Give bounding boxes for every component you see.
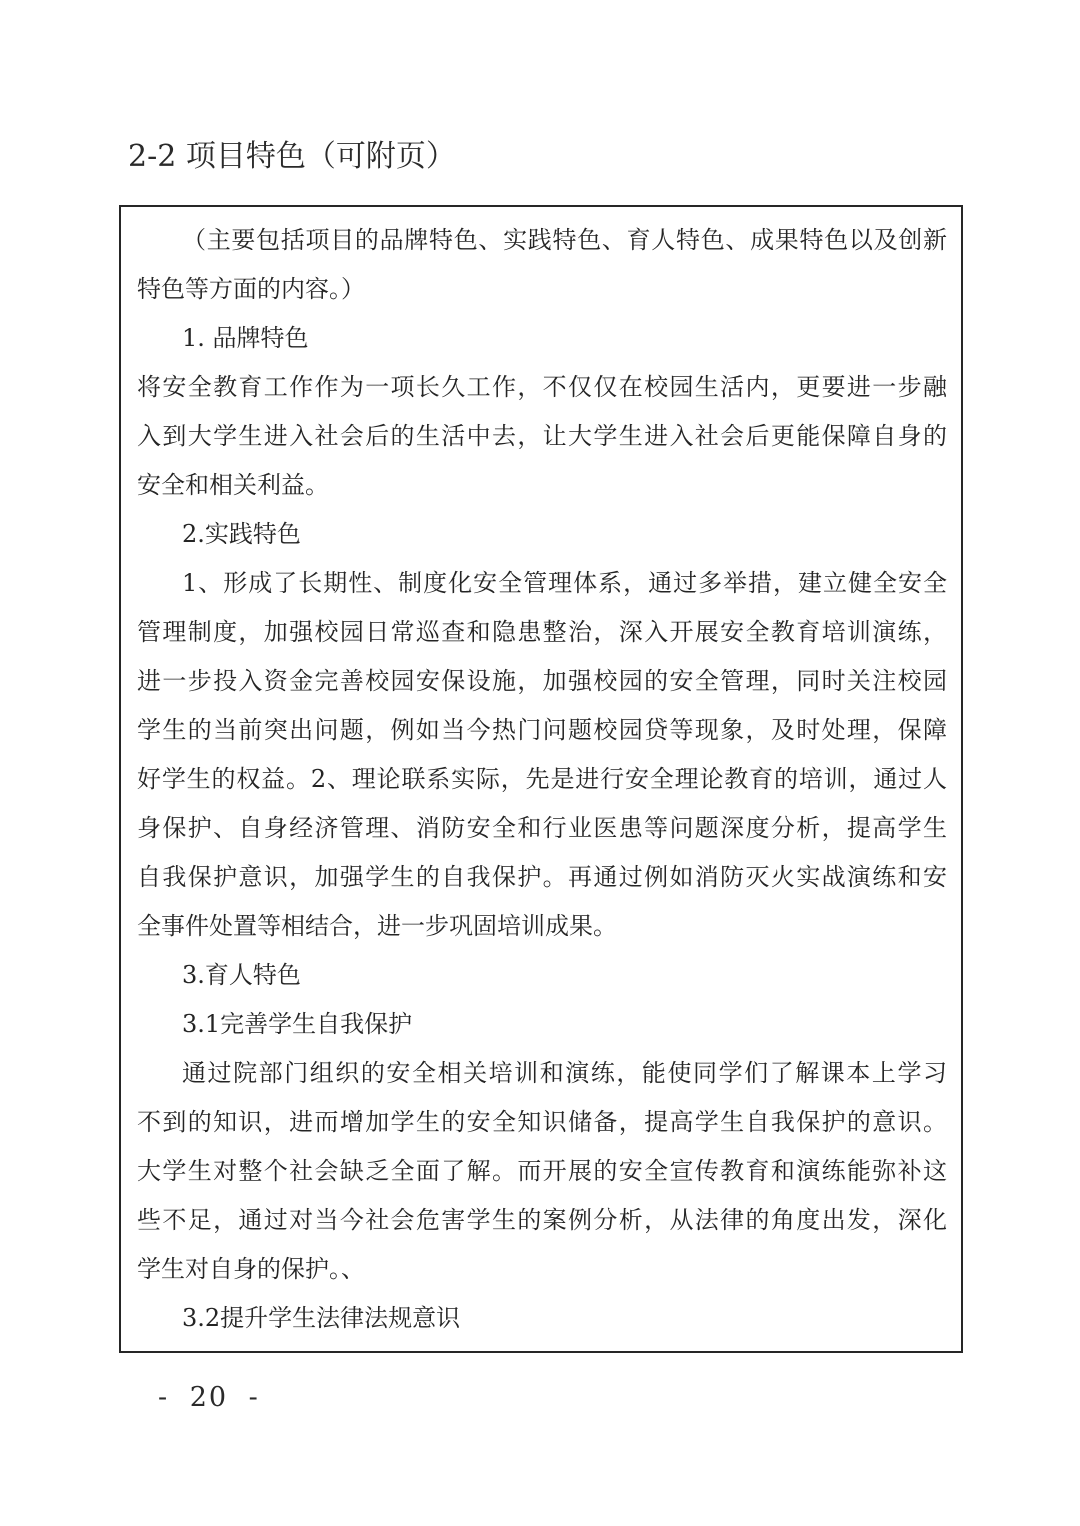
text-line: 将安全教育工作作为一项长久工作，不仅仅在校园生活内，更要进一步融 xyxy=(137,363,947,412)
text-line: 3.育人特色 xyxy=(137,951,947,1000)
text-line: 身保护、自身经济管理、消防安全和行业医患等问题深度分析，提高学生 xyxy=(137,804,947,853)
project-features-box: （主要包括项目的品牌特色、实践特色、育人特色、成果特色以及创新特色等方面的内容。… xyxy=(119,205,963,1353)
text-line: 安全和相关利益。 xyxy=(137,461,947,510)
text-line: 特色等方面的内容。） xyxy=(137,265,947,314)
document-page: 2-2 项目特色（可附页） （主要包括项目的品牌特色、实践特色、育人特色、成果特… xyxy=(0,0,1080,1526)
text-line: 进一步投入资金完善校园安保设施，加强校园的安全管理，同时关注校园 xyxy=(137,657,947,706)
text-line: 不到的知识，进而增加学生的安全知识储备，提高学生自我保护的意识。 xyxy=(137,1098,947,1147)
text-line: 通过院部门组织的安全相关培训和演练，能使同学们了解课本上学习 xyxy=(137,1049,947,1098)
text-line: 3.1完善学生自我保护 xyxy=(137,1000,947,1049)
text-line: 好学生的权益。2、理论联系实际，先是进行安全理论教育的培训，通过人 xyxy=(137,755,947,804)
page-number: - 20 - xyxy=(158,1382,260,1413)
text-line: 学生的当前突出问题，例如当今热门问题校园贷等现象，及时处理，保障 xyxy=(137,706,947,755)
text-line: 全事件处置等相结合，进一步巩固培训成果。 xyxy=(137,902,947,951)
text-line: 3.2提升学生法律法规意识 xyxy=(137,1294,947,1343)
text-line: 1、形成了长期性、制度化安全管理体系，通过多举措，建立健全安全 xyxy=(137,559,947,608)
text-line: 学生对自身的保护。、 xyxy=(137,1245,947,1294)
text-line: 些不足，通过对当今社会危害学生的案例分析，从法律的角度出发，深化 xyxy=(137,1196,947,1245)
box-content: （主要包括项目的品牌特色、实践特色、育人特色、成果特色以及创新特色等方面的内容。… xyxy=(121,207,961,1343)
text-line: 大学生对整个社会缺乏全面了解。而开展的安全宣传教育和演练能弥补这 xyxy=(137,1147,947,1196)
section-title: 2-2 项目特色（可附页） xyxy=(128,138,456,176)
text-line: 自我保护意识，加强学生的自我保护。再通过例如消防灭火实战演练和安 xyxy=(137,853,947,902)
text-line: 2.实践特色 xyxy=(137,510,947,559)
text-line: 入到大学生进入社会后的生活中去，让大学生进入社会后更能保障自身的 xyxy=(137,412,947,461)
text-line: （主要包括项目的品牌特色、实践特色、育人特色、成果特色以及创新 xyxy=(137,216,947,265)
text-line: 1. 品牌特色 xyxy=(137,314,947,363)
text-line: 管理制度，加强校园日常巡查和隐患整治，深入开展安全教育培训演练， xyxy=(137,608,947,657)
